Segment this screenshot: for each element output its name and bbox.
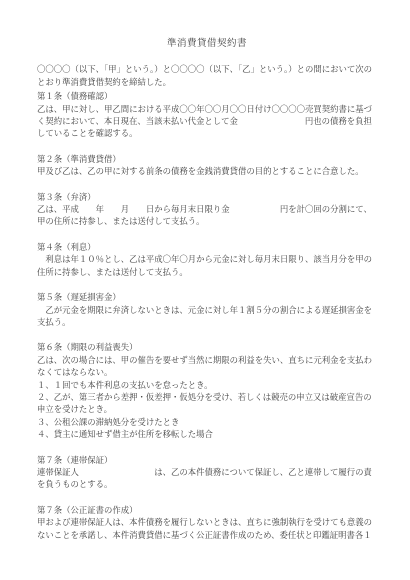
section-list-item-1: １、１回でも本件利息の支払いを怠ったとき。 — [37, 379, 376, 391]
section-paragraph: 甲および連帯保証人は、本件債務を履行しないときは、直ちに強制執行を受けても意義の… — [37, 516, 376, 541]
document-body: 〇〇〇〇（以下、「甲」という。）と〇〇〇〇（以下、「乙」という。）との間において… — [37, 63, 376, 541]
section-heading: 第３条（弁済） — [37, 191, 376, 203]
section-paragraph: 連帯保証人 は、乙の本件債務について保証し、乙と連帯して履行の責を負うものとする… — [37, 466, 376, 491]
section-heading: 第７条（連帯保証） — [37, 454, 376, 466]
section-article-1: 第１条（債務確認） 乙は、甲に対し、甲乙間における平成〇〇年〇〇月〇〇日付け〇〇… — [37, 90, 376, 140]
section-article-3: 第３条（弁済） 乙は、平成 年 月 日から毎月末日限り金 円を計〇回の分割にて、… — [37, 191, 376, 228]
section-heading: 第５条（遅延損害金） — [37, 291, 376, 303]
section-heading: 第１条（債務確認） — [37, 90, 376, 102]
section-heading: 第４条（利息） — [37, 241, 376, 253]
section-heading: 第２条（準消費貸借） — [37, 153, 376, 165]
section-paragraph: 甲及び乙は、乙の甲に対する前条の債務を金銭消費貸借の目的とすることに合意した。 — [37, 165, 376, 177]
section-list-item-2: ２、乙が、第三者から差押・仮差押・仮処分を受け、若しくは競売の申立又は破産宣告の… — [37, 391, 376, 416]
section-paragraph: 乙は、次の場合には、甲の催告を要せず当然に期限の利益を失い、直ちに元利金を支払わ… — [37, 354, 376, 379]
section-heading: 第７条（公正証書の作成） — [37, 504, 376, 516]
section-article-5: 第５条（遅延損害金） 乙が元金を期限に弁済しないときは、元金に対し年１割５分の割… — [37, 291, 376, 328]
section-article-4: 第４条（利息） 利息は年１０％とし、乙は平成〇年〇月から元金に対し毎月末日限り、… — [37, 241, 376, 278]
section-list-item-4: ４、貸主に通知せず借主が住所を移転した場合 — [37, 428, 376, 440]
section-paragraph: 乙は、平成 年 月 日から毎月末日限り金 円を計〇回の分割にて、甲の住所に持参し… — [37, 203, 376, 228]
section-list-item-3: ３、公租公課の滞納処分を受けたとき — [37, 416, 376, 428]
document-page: 準消費貸借契約書 〇〇〇〇（以下、「甲」という。）と〇〇〇〇（以下、「乙」という… — [0, 0, 410, 580]
section-paragraph: 乙が元金を期限に弁済しないときは、元金に対し年１割５分の割合による遅延損害金を支… — [37, 304, 376, 329]
section-paragraph: 利息は年１０％とし、乙は平成〇年〇月から元金に対し毎月末日限り、該当月分を甲の住… — [37, 253, 376, 278]
section-paragraph: 乙は、甲に対し、甲乙間における平成〇〇年〇〇月〇〇日付け〇〇〇〇売買契約書に基づ… — [37, 103, 376, 140]
section-article-2: 第２条（準消費貸借） 甲及び乙は、乙の甲に対する前条の債務を金銭消費貸借の目的と… — [37, 153, 376, 178]
intro-paragraph: 〇〇〇〇（以下、「甲」という。）と〇〇〇〇（以下、「乙」という。）との間において… — [37, 63, 376, 88]
section-article-7-guarantee: 第７条（連帯保証） 連帯保証人 は、乙の本件債務について保証し、乙と連帯して履行… — [37, 454, 376, 491]
document-title: 準消費貸借契約書 — [37, 38, 377, 50]
section-heading: 第６条（期限の利益喪失） — [37, 341, 376, 353]
section-article-6: 第６条（期限の利益喪失） 乙は、次の場合には、甲の催告を要せず当然に期限の利益を… — [37, 341, 376, 440]
section-article-7-notarial-deed: 第７条（公正証書の作成） 甲および連帯保証人は、本件債務を履行しないときは、直ち… — [37, 504, 376, 541]
